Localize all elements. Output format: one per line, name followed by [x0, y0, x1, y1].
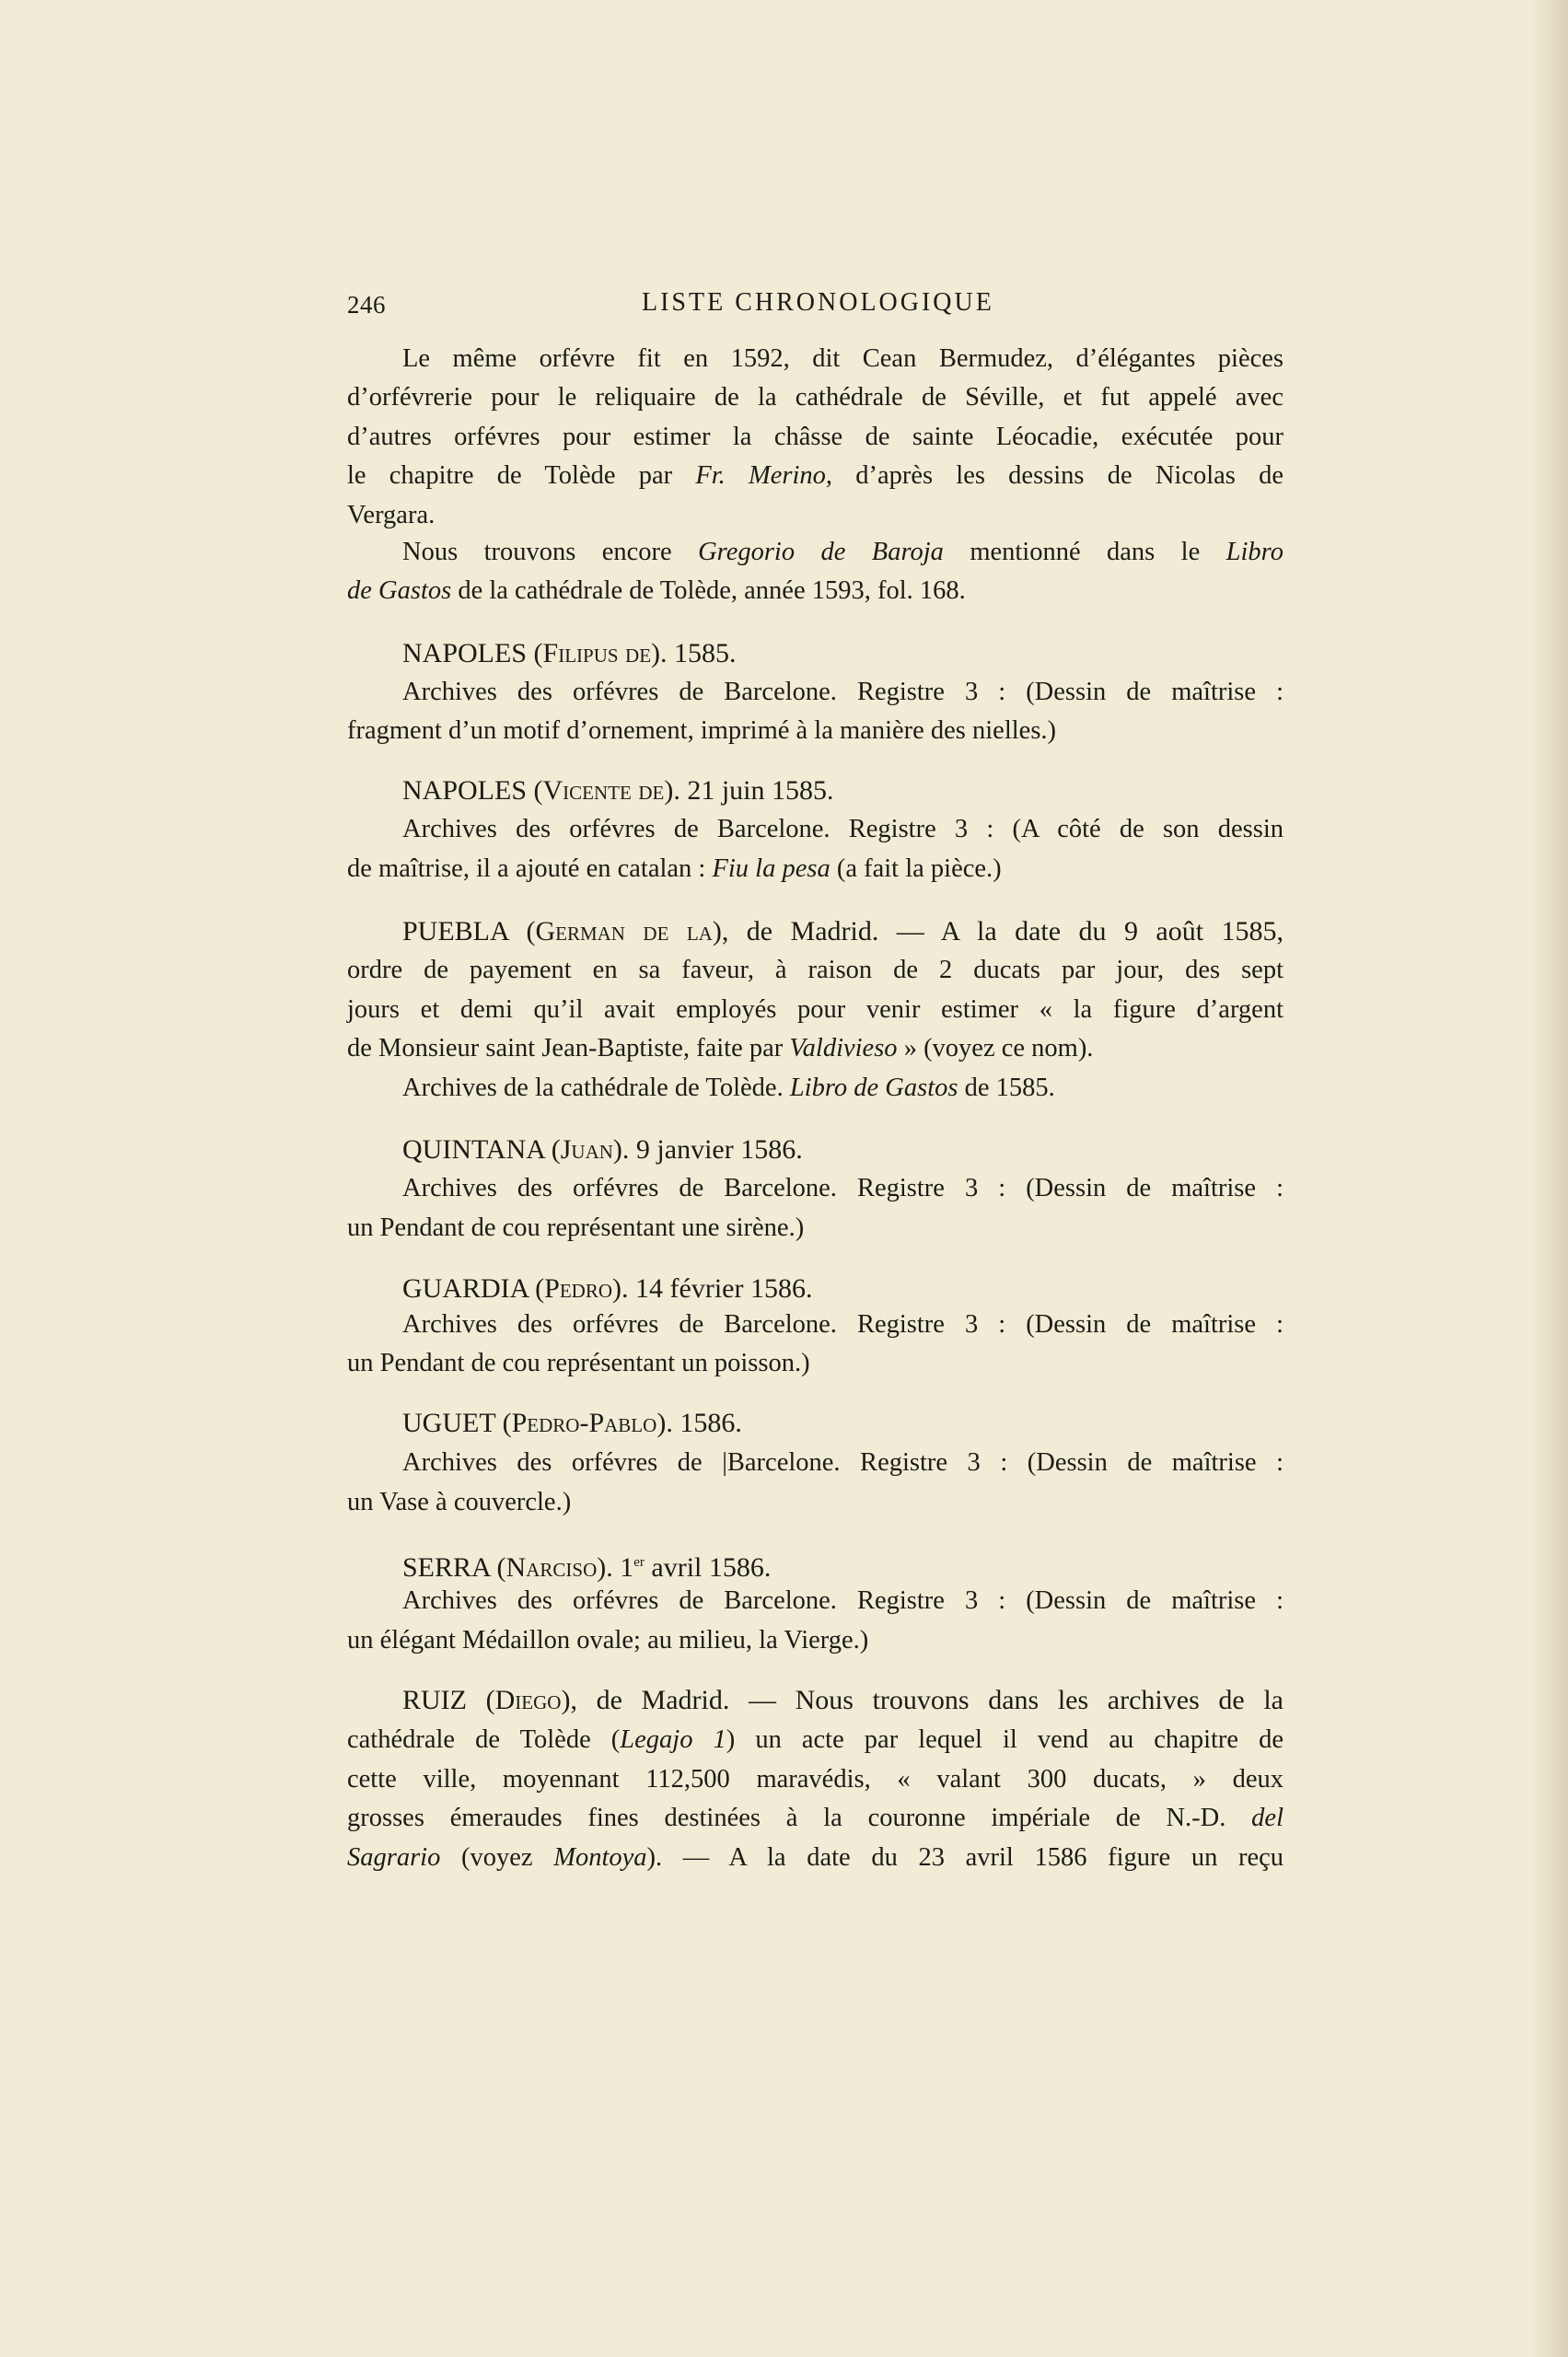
page-number: 246 — [347, 291, 386, 319]
text-line: de Monsieur saint Jean-Baptiste, faite p… — [347, 1030, 1283, 1067]
entry-heading: NAPOLES (Vicente de). 21 juin 1585. — [402, 772, 1283, 809]
page-edge-shadow — [1531, 0, 1568, 2357]
text-line: cette ville, moyennant 112,500 maravédis… — [347, 1761, 1283, 1798]
text-line: Archives des orfévres de Barcelone. Regi… — [402, 811, 1283, 848]
entry-heading: QUINTANA (Juan). 9 janvier 1586. — [402, 1132, 1283, 1168]
text-line: un Pendant de cou représentant un poisso… — [347, 1345, 1283, 1382]
text-line: Archives des orfévres de Barcelone. Regi… — [402, 1170, 1283, 1207]
text-line: de Gastos de la cathédrale de Tolède, an… — [347, 573, 1283, 610]
text-line: le chapitre de Tolède par Fr. Merino, d’… — [347, 458, 1283, 494]
text-line: un Vase à couvercle.) — [347, 1484, 1283, 1521]
text-line: de maîtrise, il a ajouté en catalan : Fi… — [347, 851, 1283, 888]
text-line: d’orfévrerie pour le reliquaire de la ca… — [347, 379, 1283, 416]
text-line: Sagrario (voyez Montoya). — A la date du… — [347, 1840, 1283, 1876]
entry-heading: PUEBLA (German de la), de Madrid. — A la… — [402, 913, 1283, 950]
text-line: fragment d’un motif d’ornement, imprimé … — [347, 713, 1283, 749]
text-line: grosses émeraudes fines destinées à la c… — [347, 1800, 1283, 1837]
entry-heading: GUARDIA (Pedro). 14 février 1586. — [402, 1271, 1283, 1307]
text-line: ordre de payement en sa faveur, à raison… — [347, 952, 1283, 989]
running-head: LISTE CHRONOLOGIQUE — [642, 288, 994, 318]
entry-heading: SERRA (Narciso). 1er avril 1586. — [402, 1544, 1283, 1586]
text-line: jours et demi qu’il avait employés pour … — [347, 992, 1283, 1028]
entry-heading: UGUET (Pedro-Pablo). 1586. — [402, 1405, 1283, 1442]
text-line: Archives des orfévres de Barcelone. Regi… — [402, 1583, 1283, 1620]
text-line: Archives des orfévres de |Barcelone. Reg… — [402, 1445, 1283, 1481]
text-line: cathédrale de Tolède (Legajo 1) un acte … — [347, 1722, 1283, 1759]
text-line: un Pendant de cou représentant une sirèn… — [347, 1210, 1283, 1247]
text-line: un élégant Médaillon ovale; au milieu, l… — [347, 1622, 1283, 1659]
entry-heading: NAPOLES (Filipus de). 1585. — [402, 635, 1283, 672]
text-line: Vergara. — [347, 497, 1283, 534]
text-line: Archives de la cathédrale de Tolède. Lib… — [402, 1070, 1283, 1107]
text-line: d’autres orfévres pour estimer la châsse… — [347, 419, 1283, 456]
text-line: Archives des orfévres de Barcelone. Regi… — [402, 1306, 1283, 1343]
text-line: Archives des orfévres de Barcelone. Regi… — [402, 674, 1283, 711]
text-line: Nous trouvons encore Gregorio de Baroja … — [402, 534, 1283, 571]
entry-heading: RUIZ (Diego), de Madrid. — Nous trouvons… — [402, 1682, 1283, 1719]
text-line: Le même orfévre fit en 1592, dit Cean Be… — [402, 341, 1283, 377]
